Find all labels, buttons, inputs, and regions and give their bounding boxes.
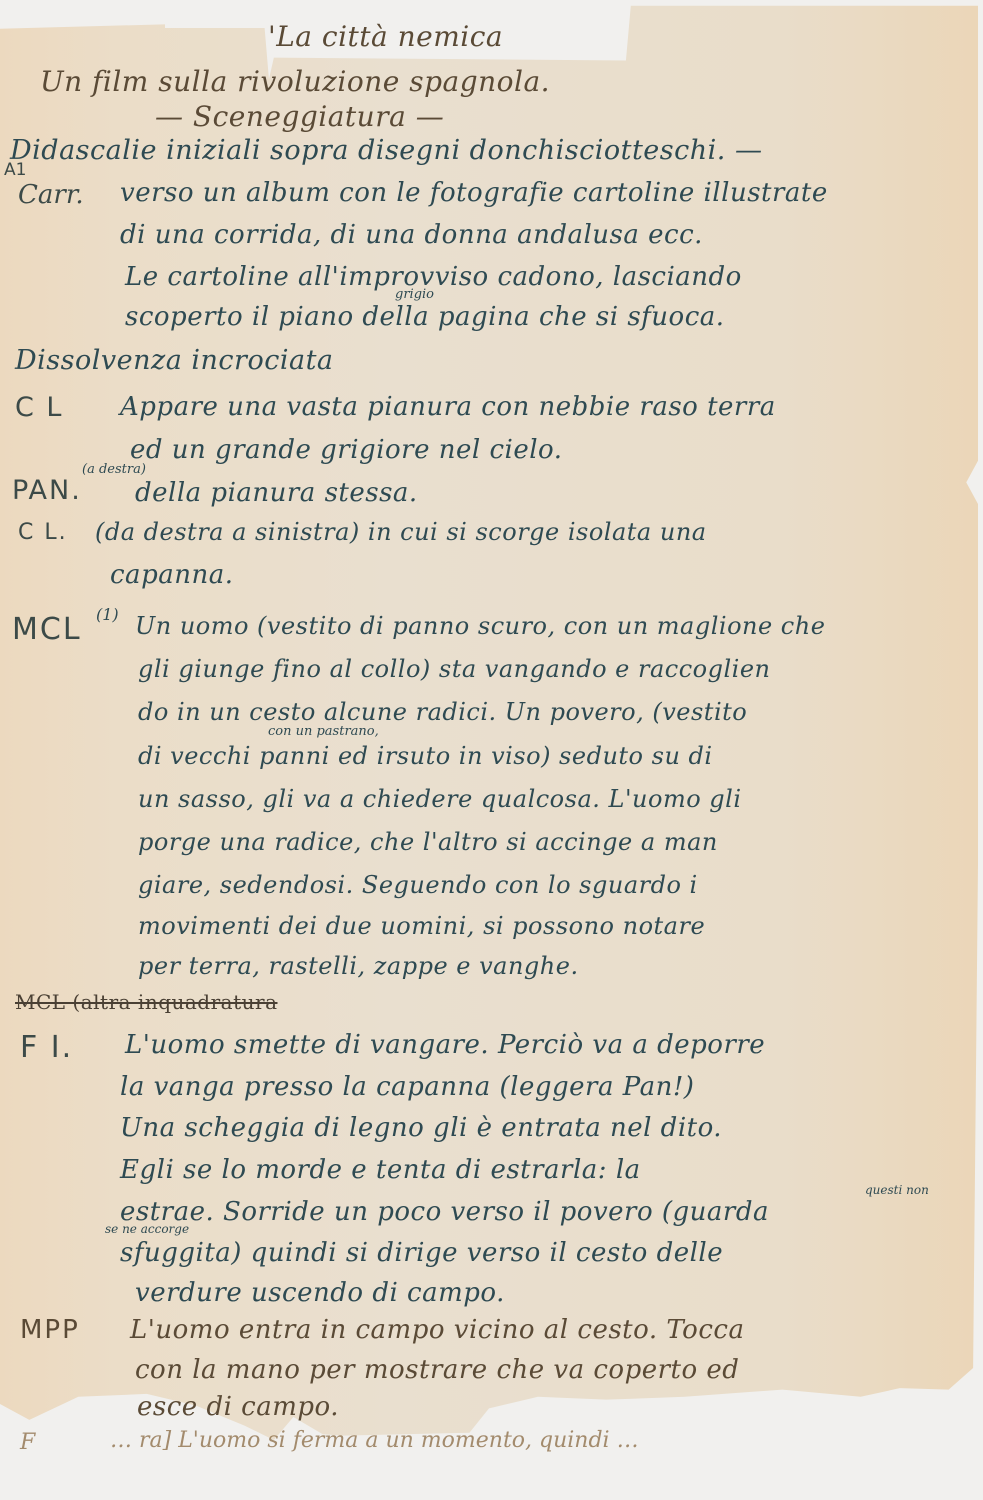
shot-text-line: la vanga presso la capanna (leggera Pan!… xyxy=(120,1072,694,1102)
section-heading: — Sceneggiatura — xyxy=(155,100,444,133)
margin-insert-right: questi non xyxy=(865,1183,929,1197)
interlinear-insert: grigio xyxy=(395,287,434,302)
struck-shot-label: MCL (altra inquadratura xyxy=(15,990,278,1014)
shot-label-carr: Carr. xyxy=(18,180,84,210)
shot-label-cl-2: C L. xyxy=(18,520,68,545)
interlinear-insert: con un pastrano, xyxy=(268,724,379,739)
shot-text-line: un sasso, gli va a chiedere qualcosa. L'… xyxy=(138,785,742,813)
margin-note-a1: A1 xyxy=(4,160,26,180)
shot-text-line: gli giunge fino al collo) sta vangando e… xyxy=(138,655,771,683)
shot-text-line: di una corrida, di una donna andalusa ec… xyxy=(120,220,703,250)
superscript-note: (a destra) xyxy=(82,462,146,477)
margin-insert-left: se ne accorge xyxy=(105,1222,189,1236)
shot-text-line: movimenti dei due uomini, si possono not… xyxy=(138,912,705,940)
document-title: 'La città nemica xyxy=(268,20,503,53)
shot-text-line: con la mano per mostrare che va coperto … xyxy=(135,1355,739,1385)
shot-text-line: sfuggita) quindi si dirige verso il cest… xyxy=(120,1238,723,1268)
shot-text-line: giare, sedendosi. Seguendo con lo sguard… xyxy=(138,871,698,899)
shot-text-line: capanna. xyxy=(110,560,233,590)
shot-label-cl: C L xyxy=(15,392,63,423)
shot-text-line: (da destra a sinistra) in cui si scorge … xyxy=(95,518,707,546)
intro-caption: Didascalie iniziali sopra disegni donchi… xyxy=(10,135,762,166)
shot-text-line: Egli se lo morde e tenta di estrarla: la xyxy=(120,1155,641,1185)
torn-text-fragment: … ra] L'uomo si ferma a un momento, quin… xyxy=(110,1428,639,1453)
footnote-marker: (1) xyxy=(96,605,119,624)
shot-label-mpp: MPP xyxy=(20,1315,80,1345)
shot-text-line: estrae. Sorride un poco verso il povero … xyxy=(120,1197,769,1227)
torn-label-fragment: F xyxy=(20,1430,35,1455)
shot-text-line: Appare una vasta pianura con nebbie raso… xyxy=(120,392,776,422)
shot-text-line: esce di campo. xyxy=(137,1392,339,1422)
shot-text-line: di vecchi panni ed irsuto in viso) sedut… xyxy=(138,742,713,770)
shot-label-fi: F I. xyxy=(20,1030,73,1065)
shot-text-line: do in un cesto alcune radici. Un povero,… xyxy=(138,698,747,726)
transition-dissolve: Dissolvenza incrociata xyxy=(15,345,334,376)
shot-text-line: L'uomo smette di vangare. Perciò va a de… xyxy=(125,1030,765,1060)
shot-text-line: verso un album con le fotografie cartoli… xyxy=(120,178,828,208)
shot-text-line: L'uomo entra in campo vicino al cesto. T… xyxy=(130,1315,744,1345)
shot-label-mcl: MCL xyxy=(12,612,82,647)
shot-text-line: porge una radice, che l'altro si accinge… xyxy=(138,828,718,856)
shot-text-line: per terra, rastelli, zappe e vanghe. xyxy=(138,952,579,980)
shot-text-line: scoperto il piano della pagina che si sf… xyxy=(125,302,725,332)
shot-text-line: ed un grande grigiore nel cielo. xyxy=(130,435,563,465)
shot-text-line: della pianura stessa. xyxy=(135,478,418,508)
shot-text-line: Un uomo (vestito di panno scuro, con un … xyxy=(135,612,825,640)
document-subtitle: Un film sulla rivoluzione spagnola. xyxy=(40,65,550,98)
shot-label-pan: PAN. xyxy=(12,475,82,506)
shot-text-line: Una scheggia di legno gli è entrata nel … xyxy=(120,1113,722,1143)
shot-text-line: verdure uscendo di campo. xyxy=(135,1278,505,1308)
